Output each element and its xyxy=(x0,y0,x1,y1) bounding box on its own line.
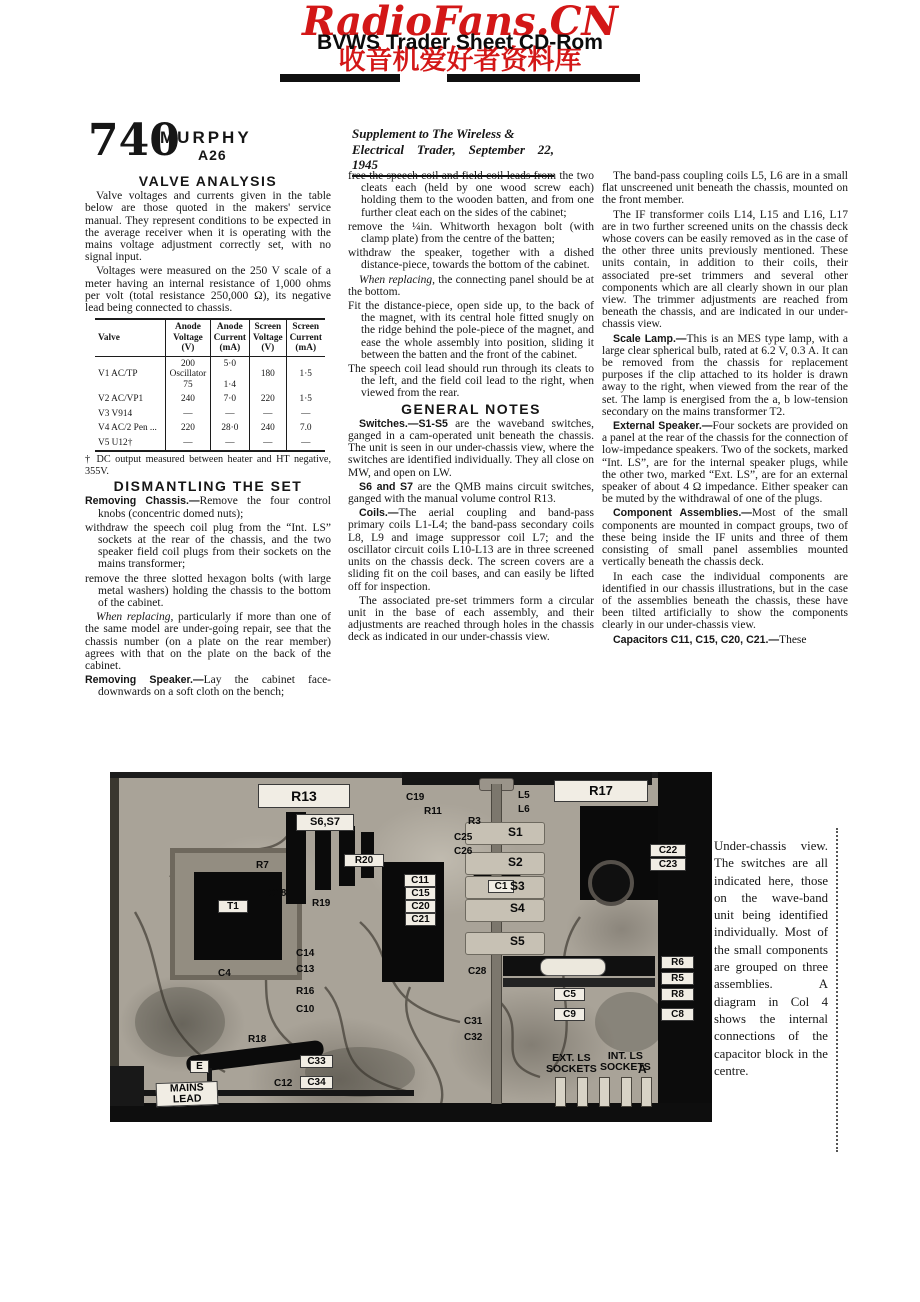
photo-label-r17: R17 xyxy=(554,780,648,802)
col-header-screen-current: Screen Current (mA) xyxy=(286,319,325,356)
paragraph: Fit the distance-piece, open side up, to… xyxy=(348,300,594,361)
paragraph: free the speech coil and field coil lead… xyxy=(348,170,594,219)
photo-label-r8: R8 xyxy=(661,988,694,1001)
photo-label-c8: C8 xyxy=(661,1008,694,1021)
speaker-socket-pin xyxy=(621,1077,632,1107)
paragraph: The speech coil lead should run through … xyxy=(348,363,594,400)
paragraph: remove the three slotted hexagon bolts (… xyxy=(85,573,331,610)
photo-label-c23: C23 xyxy=(650,858,686,871)
component-slot xyxy=(315,824,331,890)
under-chassis-photo: R13 S6,S7 R17 R20 C22 C23 C11 C15 C20 C2… xyxy=(110,772,712,1122)
table-header-row: Valve Anode Voltage (V) Anode Current (m… xyxy=(95,319,325,356)
photo-label-c31: C31 xyxy=(464,1016,482,1027)
photo-label-c34: C34 xyxy=(300,1076,333,1089)
photo-label-c18: C18 xyxy=(268,888,286,899)
column-3: The band-pass coupling coils L5, L6 are … xyxy=(602,170,848,772)
speaker-socket-pin xyxy=(577,1077,588,1107)
paragraph: withdraw the speech coil plug from the “… xyxy=(85,522,331,571)
brand-name: MURPHY xyxy=(160,128,252,148)
photo-label-c9: C9 xyxy=(554,1008,585,1021)
chassis-hole xyxy=(588,860,634,906)
photo-label-c25: C25 xyxy=(454,832,472,843)
paragraph: Component Assemblies.—Most of the small … xyxy=(602,507,848,568)
photo-label-c13: C13 xyxy=(296,964,314,975)
paragraph: Capacitors C11, C15, C20, C21.—These xyxy=(602,634,848,646)
photo-label-c4: C4 xyxy=(218,968,231,979)
paragraph: External Speaker.—Four sockets are provi… xyxy=(602,420,848,505)
photo-label-s2: S2 xyxy=(508,857,523,868)
photo-label-s1: S1 xyxy=(508,827,523,838)
table-footnote: † DC output measured between heater and … xyxy=(85,454,331,477)
photo-label-c21: C21 xyxy=(405,913,436,926)
paragraph: The band-pass coupling coils L5, L6 are … xyxy=(602,170,848,207)
photo-label-c33: C33 xyxy=(300,1055,333,1068)
paragraph: In each case the individual components a… xyxy=(602,571,848,632)
switch-wafer xyxy=(465,852,545,875)
paragraph: When replacing, particularly if more tha… xyxy=(85,611,331,672)
speaker-socket-pin xyxy=(641,1077,652,1107)
table-row: V3 V914 — — — — xyxy=(95,407,325,422)
supplement-note: Supplement to The Wireless & Electrical … xyxy=(352,126,554,177)
photo-label-r5: R5 xyxy=(661,972,694,985)
photo-label-c11: C11 xyxy=(404,874,436,887)
photo-label-r19: R19 xyxy=(312,898,330,909)
photo-label-ext-ls-sockets: EXT. LS SOCKETS xyxy=(546,1053,597,1075)
photo-label-c22: C22 xyxy=(650,844,686,857)
cdrom-subtitle: BVWS Trader Sheet CD-Rom xyxy=(0,31,920,55)
model-number: A26 xyxy=(198,147,227,163)
photo-label-s5: S5 xyxy=(510,936,525,947)
photo-label-r6: R6 xyxy=(661,956,694,969)
photo-label-r18: R18 xyxy=(248,1034,266,1045)
photo-label-t1: T1 xyxy=(218,900,248,913)
paragraph: When replacing, the connecting panel sho… xyxy=(348,274,594,298)
paragraph: Coils.—The aerial coupling and band-pass… xyxy=(348,507,594,592)
photo-label-r16: R16 xyxy=(296,986,314,997)
photo-label-c20: C20 xyxy=(405,900,436,913)
panel-shadow xyxy=(503,978,655,987)
photo-label-r20: R20 xyxy=(344,854,384,867)
paragraph: Switches.—S1-S5 are the waveband switche… xyxy=(348,418,594,479)
photo-left-edge xyxy=(110,778,119,1103)
resistor-body xyxy=(540,958,606,976)
valve-table: Valve Anode Voltage (V) Anode Current (m… xyxy=(95,318,325,452)
photo-label-a: A xyxy=(638,1064,647,1075)
col-header-screen-voltage: Screen Voltage (V) xyxy=(250,319,286,356)
banner-black-bar-right xyxy=(447,74,640,82)
column-1: VALVE ANALYSIS Valve voltages and curren… xyxy=(85,172,331,772)
photo-label-s4: S4 xyxy=(510,903,525,914)
dotted-divider xyxy=(836,828,838,1152)
speaker-socket-pin xyxy=(555,1077,566,1107)
photo-label-c10: C10 xyxy=(296,1004,314,1015)
valve-analysis-heading: VALVE ANALYSIS xyxy=(85,175,331,187)
photo-right-band xyxy=(658,772,712,1122)
photo-label-r3: R3 xyxy=(468,816,481,827)
paragraph: Removing Chassis.—Remove the four contro… xyxy=(85,495,331,519)
photo-caption: Under-chassis view. The switches are all… xyxy=(714,838,828,1080)
paragraph: Removing Speaker.—Lay the cabinet face-d… xyxy=(85,674,331,698)
scanned-service-sheet: RadioFans.CN BVWS Trader Sheet CD-Rom 收音… xyxy=(0,0,920,1302)
paragraph: Valve voltages and currents given in the… xyxy=(85,190,331,263)
photo-label-c15: C15 xyxy=(405,887,436,900)
paragraph: Scale Lamp.—This is an MES type lamp, wi… xyxy=(602,333,848,418)
dismantling-heading: DISMANTLING THE SET xyxy=(85,480,331,492)
photo-label-mains-lead: MAINS LEAD xyxy=(156,1081,219,1107)
supplement-line-1: Supplement to The Wireless & xyxy=(352,126,554,142)
photo-label-s3: S3 xyxy=(510,881,525,892)
photo-label-c14: C14 xyxy=(296,948,314,959)
col-header-anode-current: Anode Current (mA) xyxy=(210,319,250,356)
paragraph: The associated pre-set trimmers form a c… xyxy=(348,595,594,644)
photo-label-l6: L6 xyxy=(518,804,530,815)
photo-label-c5: C5 xyxy=(554,988,585,1001)
photo-label-l5: L5 xyxy=(518,790,530,801)
mains-transformer-core xyxy=(194,872,282,960)
banner-black-bar-left xyxy=(280,74,400,82)
paragraph: The IF transformer coils L14, L15 and L1… xyxy=(602,209,848,331)
supplement-line-2: Electrical Trader, September 22, 1945 xyxy=(352,142,554,173)
paragraph: S6 and S7 are the QMB mains circuit swit… xyxy=(348,481,594,505)
photo-label-c19: C19 xyxy=(406,792,424,803)
col-header-valve: Valve xyxy=(95,319,166,356)
photo-label-s6s7: S6,S7 xyxy=(296,814,354,831)
table-row: V2 AC/VP1 240 7·0 220 1·5 xyxy=(95,392,325,407)
photo-label-r11: R11 xyxy=(424,806,442,817)
photo-corner-shadow xyxy=(110,1066,144,1106)
photo-label-c26: C26 xyxy=(454,846,472,857)
photo-label-e: E xyxy=(190,1060,209,1073)
photo-label-c28: C28 xyxy=(468,966,486,977)
photo-label-r13: R13 xyxy=(258,784,350,808)
column-2: free the speech coil and field coil lead… xyxy=(348,170,594,772)
photo-label-c12: C12 xyxy=(274,1078,292,1089)
paragraph: Voltages were measured on the 250 V scal… xyxy=(85,265,331,314)
table-row: V1 AC/TP 200 Oscillator 75 5·0 1·4 180 1… xyxy=(95,356,325,392)
table-row: V4 AC/2 Pen ... 220 28·0 240 7.0 xyxy=(95,421,325,436)
speaker-socket-pin xyxy=(599,1077,610,1107)
photo-label-r7: R7 xyxy=(256,860,269,871)
photo-label-c32: C32 xyxy=(464,1032,482,1043)
switch-wafer xyxy=(465,899,545,922)
general-notes-heading: GENERAL NOTES xyxy=(348,403,594,415)
paragraph: withdraw the speaker, together with a di… xyxy=(348,247,594,271)
switch-wafer xyxy=(465,932,545,955)
paragraph: remove the ¼in. Whitworth hexagon bolt (… xyxy=(348,221,594,245)
table-row: V5 U12† — — — — xyxy=(95,436,325,452)
col-header-anode-voltage: Anode Voltage (V) xyxy=(166,319,210,356)
